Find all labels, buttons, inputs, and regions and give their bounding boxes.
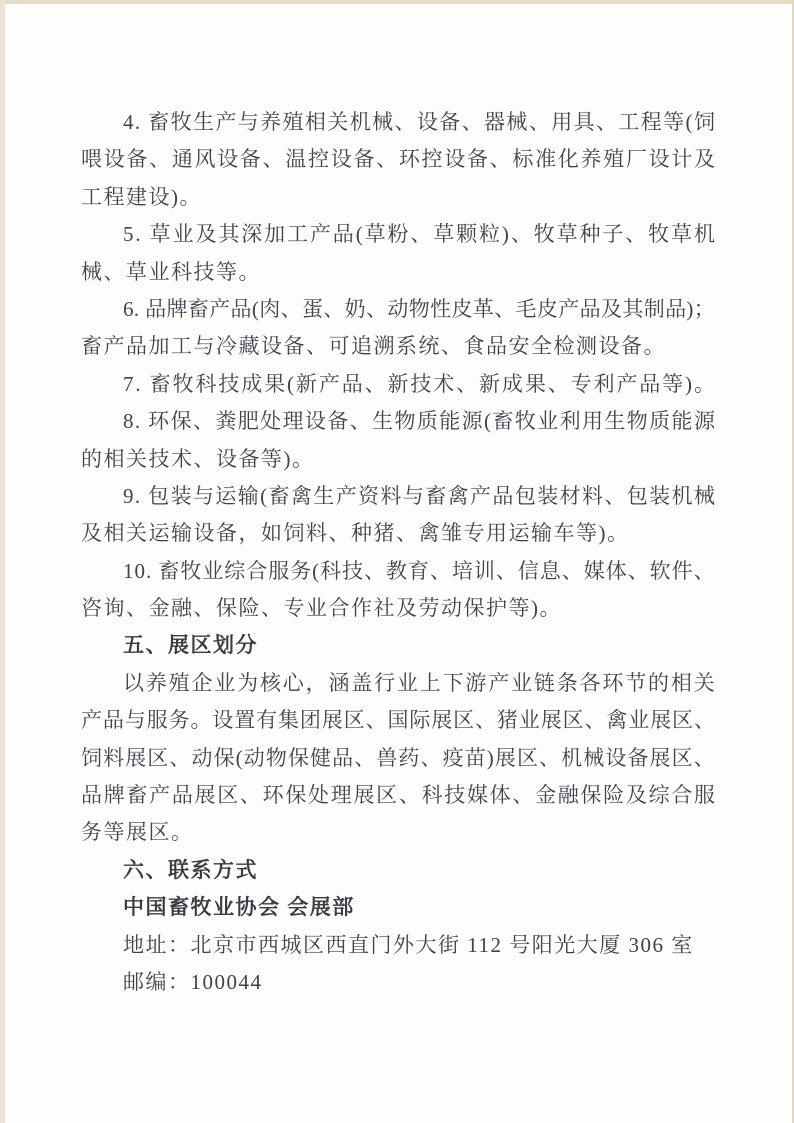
text-line-20: 务等展区。	[81, 814, 715, 851]
text-line-11: 9. 包装与运输(畜禽生产资料与畜禽产品包装材料、包装机械	[81, 478, 715, 515]
text-line-7: 畜产品加工与冷藏设备、可追溯系统、食品安全检测设备。	[81, 328, 715, 365]
scan-edge-left	[0, 0, 5, 1123]
text-line-12: 及相关运输设备，如饲料、种猪、禽雏专用运输车等)。	[81, 515, 715, 552]
text-line-18: 饲料展区、动保(动物保健品、兽药、疫苗)展区、机械设备展区、	[81, 740, 715, 777]
text-line-17: 产品与服务。设置有集团展区、国际展区、猪业展区、禽业展区、	[81, 702, 715, 739]
text-line-22: 中国畜牧业协会 会展部	[81, 889, 715, 926]
scan-edge-top	[0, 0, 794, 4]
text-line-14: 咨询、金融、保险、专业合作社及劳动保护等)。	[81, 590, 715, 627]
text-line-9: 8. 环保、粪肥处理设备、生物质能源(畜牧业利用生物质能源	[81, 403, 715, 440]
text-line-6: 6. 品牌畜产品(肉、蛋、奶、动物性皮革、毛皮产品及其制品)；	[81, 291, 715, 328]
text-line-3: 工程建设)。	[81, 179, 715, 216]
text-line-5: 械、草业科技等。	[81, 254, 715, 291]
text-line-2: 喂设备、通风设备、温控设备、环控设备、标准化养殖厂设计及	[81, 141, 715, 178]
document-body: 4. 畜牧生产与养殖相关机械、设备、器械、用具、工程等(饲喂设备、通风设备、温控…	[81, 104, 715, 1001]
text-line-4: 5. 草业及其深加工产品(草粉、草颗粒)、牧草种子、牧草机	[81, 216, 715, 253]
text-line-1: 4. 畜牧生产与养殖相关机械、设备、器械、用具、工程等(饲	[81, 104, 715, 141]
text-line-23: 地址：北京市西城区西直门外大街 112 号阳光大厦 306 室	[81, 927, 715, 964]
text-line-21: 六、联系方式	[81, 852, 715, 889]
text-line-15: 五、展区划分	[81, 627, 715, 664]
text-line-16: 以养殖企业为核心，涵盖行业上下游产业链条各环节的相关	[81, 665, 715, 702]
text-line-24: 邮编：100044	[81, 964, 715, 1001]
document-page: 4. 畜牧生产与养殖相关机械、设备、器械、用具、工程等(饲喂设备、通风设备、温控…	[0, 0, 794, 1123]
text-line-19: 品牌畜产品展区、环保处理展区、科技媒体、金融保险及综合服	[81, 777, 715, 814]
text-line-8: 7. 畜牧科技成果(新产品、新技术、新成果、专利产品等)。	[81, 366, 715, 403]
text-line-10: 的相关技术、设备等)。	[81, 441, 715, 478]
text-line-13: 10. 畜牧业综合服务(科技、教育、培训、信息、媒体、软件、	[81, 553, 715, 590]
